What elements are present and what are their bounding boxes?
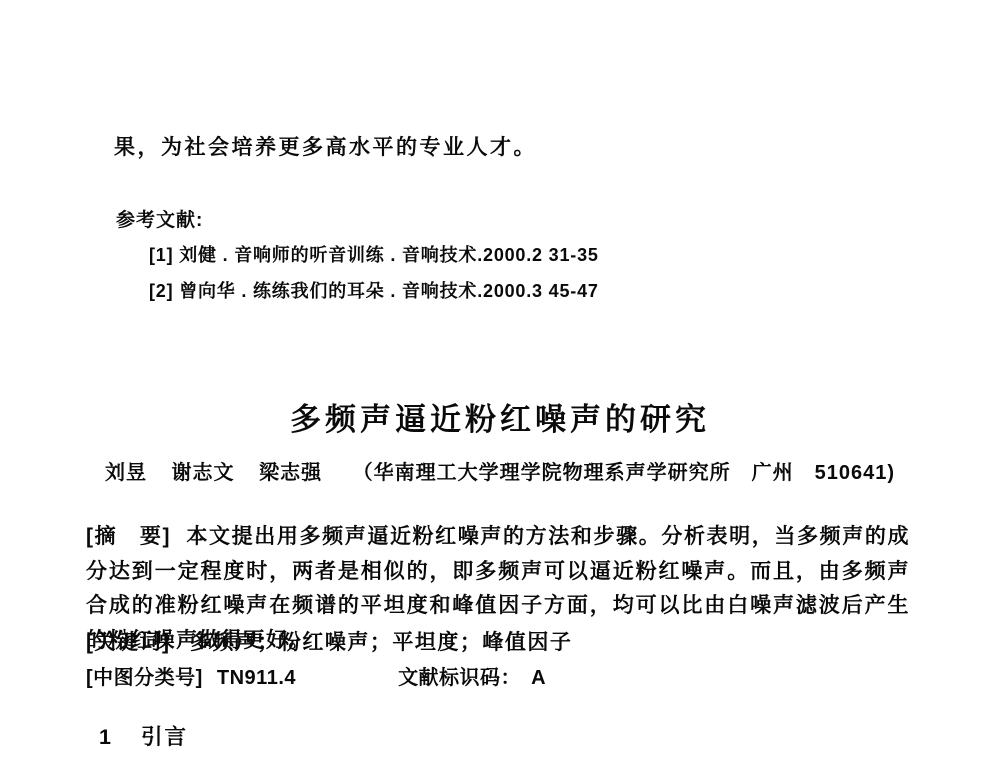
reference-item: [1] 刘健 . 音响师的听音训练 . 音响技术.2000.2 31-35 xyxy=(149,241,599,267)
document-code-label: 文献标识码： xyxy=(398,667,521,689)
references-heading: 参考文献: xyxy=(116,205,203,232)
classification-line: [中图分类号] TN911.4 文献标识码： A xyxy=(86,661,546,690)
abstract-label: [摘 要] xyxy=(86,525,171,548)
clc-value: TN911.4 xyxy=(217,667,296,689)
section-heading-introduction: 1 引言 xyxy=(99,720,188,751)
authors-line: 刘昱 谢志文 梁志强 （华南理工大学理学院物理系声学研究所 广州 510641) xyxy=(0,456,1000,485)
scanned-paper-page: 果，为社会培养更多高水平的专业人才。 参考文献: [1] 刘健 . 音响师的听音… xyxy=(0,0,1000,760)
author-affiliation: （华南理工大学理学院物理系声学研究所 广州 510641) xyxy=(353,462,895,484)
keywords-text: 多频声；粉红噪声；平坦度；峰值因子 xyxy=(190,631,573,654)
keywords-label: [关键词] xyxy=(86,631,171,654)
reference-item: [2] 曾向华 . 练练我们的耳朵 . 音响技术.2000.3 45-47 xyxy=(149,277,599,303)
author-name: 刘昱 xyxy=(105,462,147,484)
section-title: 引言 xyxy=(141,725,188,749)
document-code-value: A xyxy=(531,667,546,689)
keywords-line: [关键词] 多频声；粉红噪声；平坦度；峰值因子 xyxy=(86,626,572,656)
clc-label: [中图分类号] xyxy=(86,667,203,689)
previous-article-closing-line: 果，为社会培养更多高水平的专业人才。 xyxy=(114,131,537,161)
section-number: 1 xyxy=(99,725,113,749)
author-name: 梁志强 xyxy=(259,462,322,484)
paper-title: 多频声逼近粉红噪声的研究 xyxy=(0,394,1000,439)
author-name: 谢志文 xyxy=(172,462,235,484)
